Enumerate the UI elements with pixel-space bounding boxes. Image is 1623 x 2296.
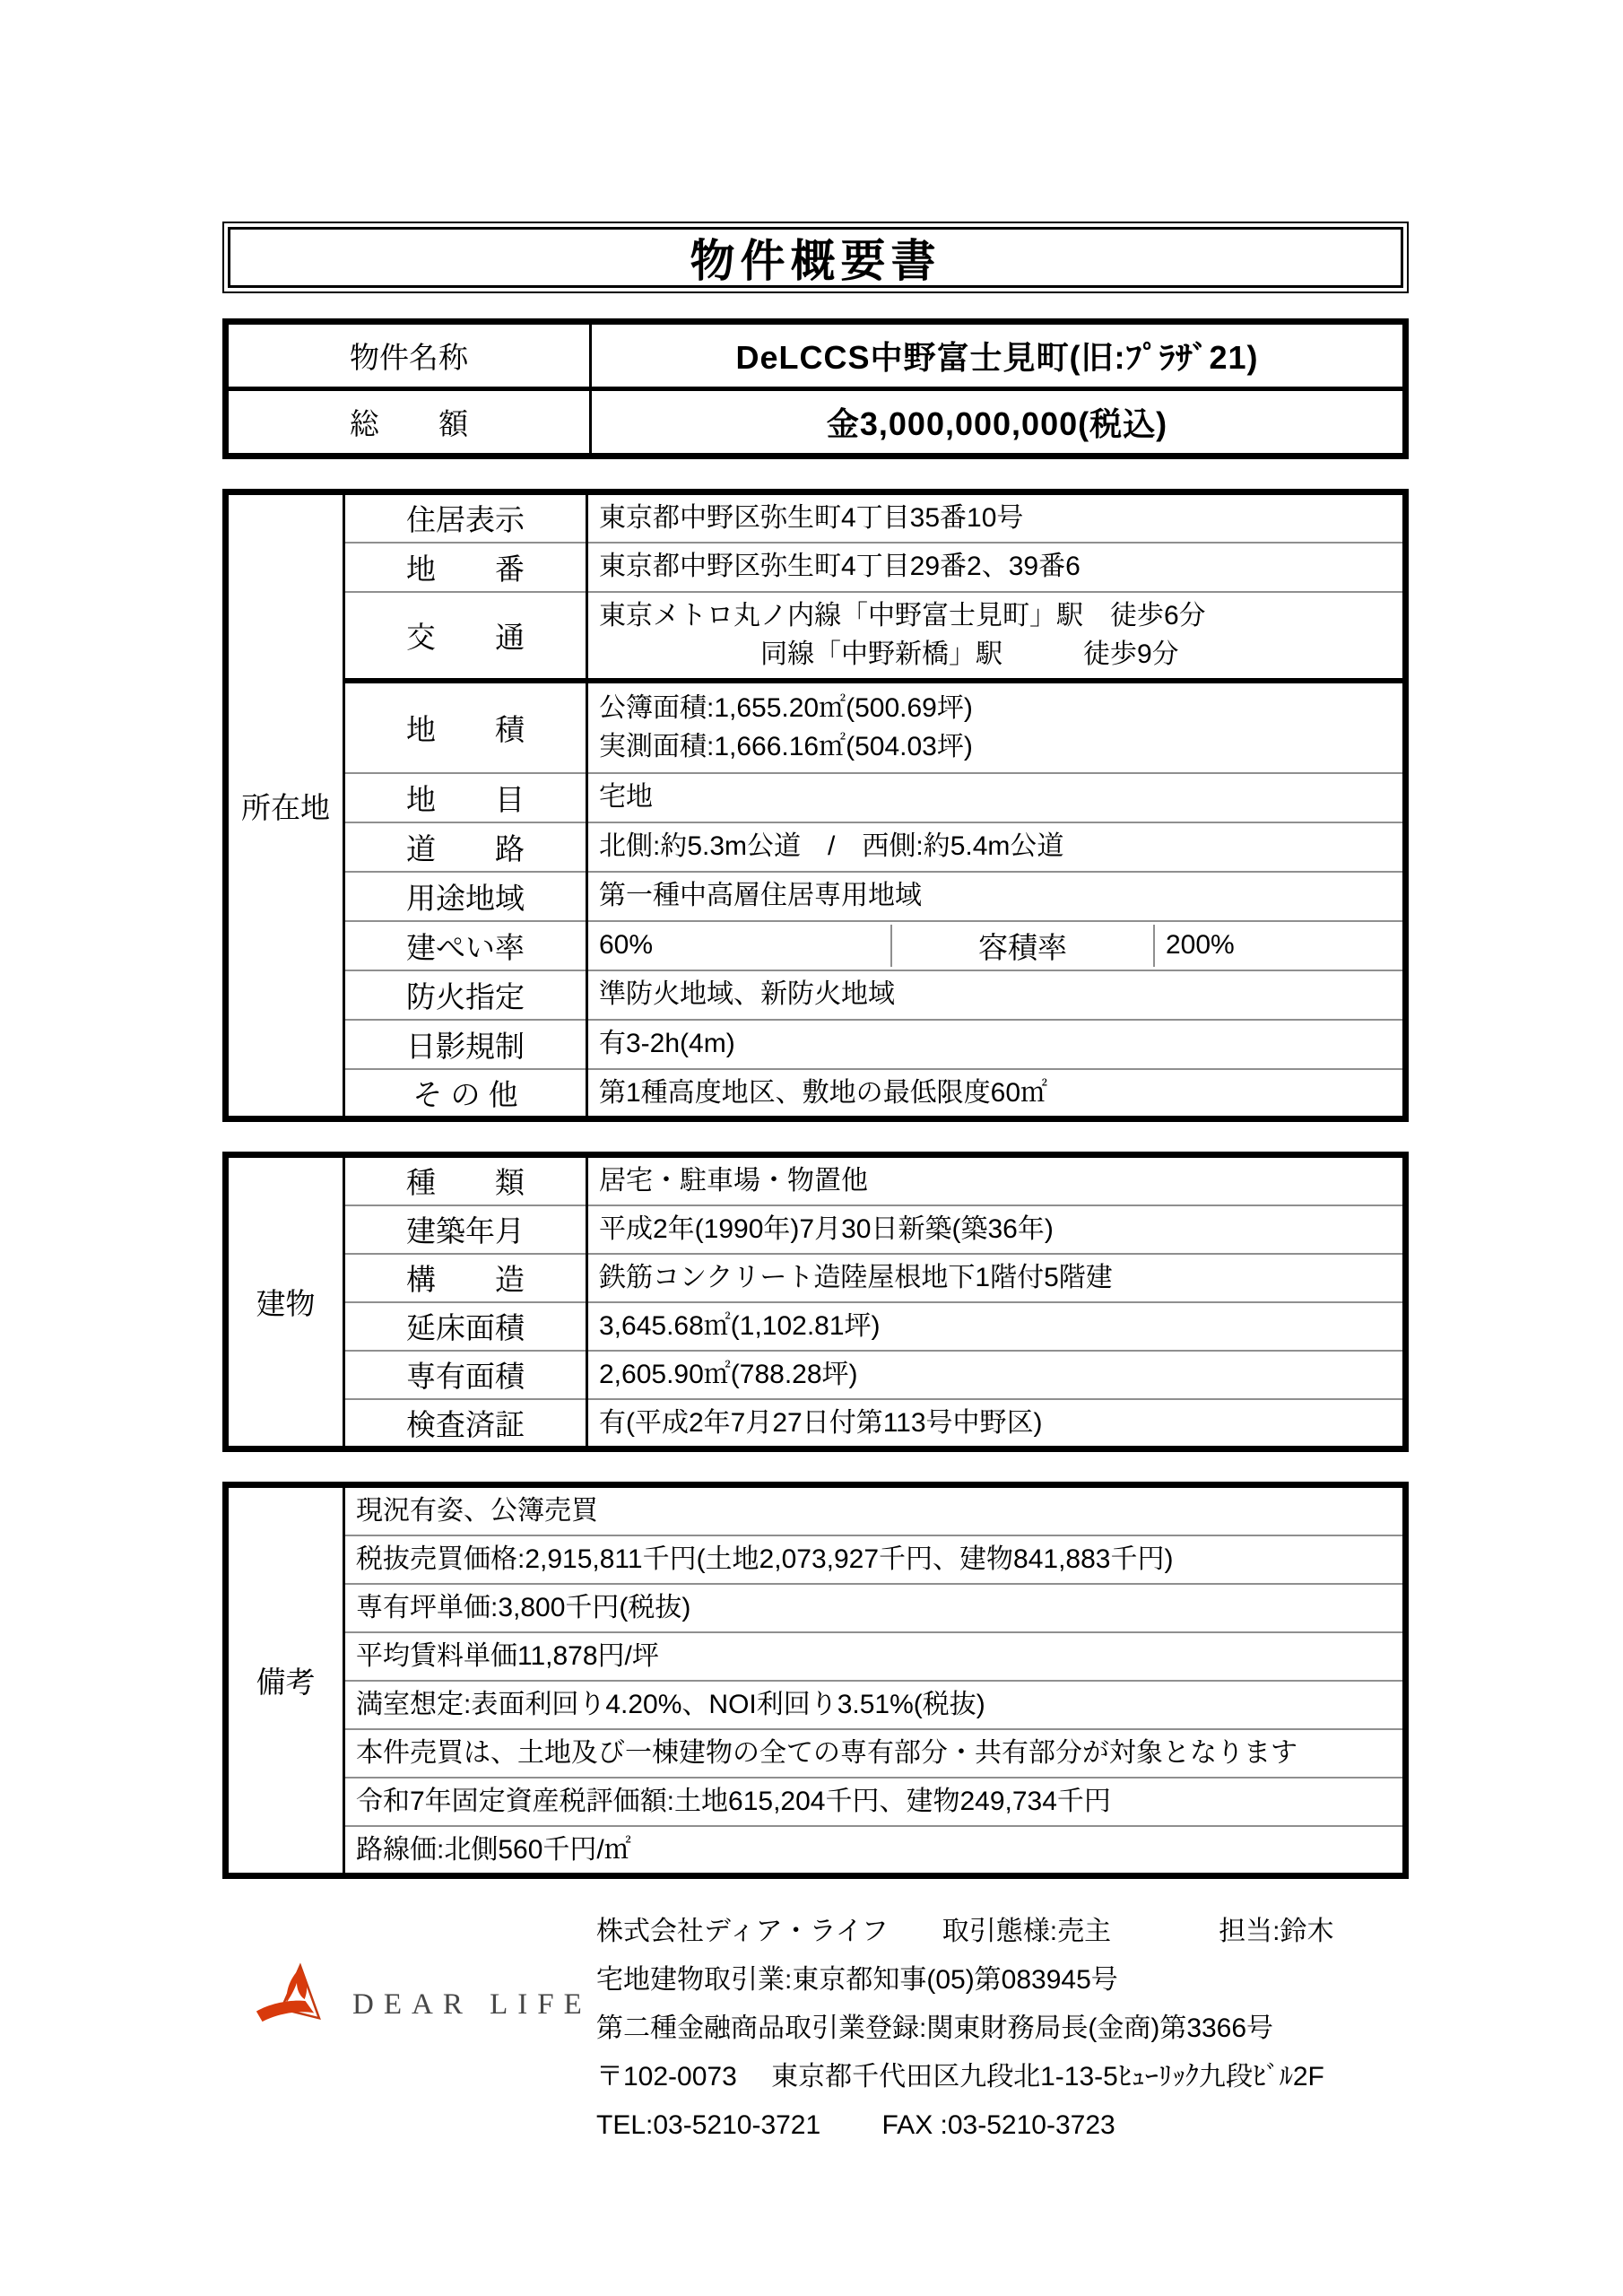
field-value: 北側:約5.3m公道 / 西側:約5.4m公道 — [587, 822, 1406, 872]
title-box: 物件概要書 — [222, 222, 1409, 293]
field-label: 交 通 — [344, 592, 587, 681]
remarks-item: 令和7年固定資産税評価額:土地615,204千円、建物249,734千円 — [344, 1778, 1406, 1826]
property-overview-document: 物件概要書 物件名称 DeLCCS中野富士見町(旧:ﾌﾟﾗｻﾞ21) 総 額 金… — [222, 222, 1409, 2173]
table-row: 本件売買は、土地及び一棟建物の全ての専有部分・共有部分が対象となります — [226, 1729, 1406, 1778]
field-label: 建ぺい率 — [344, 921, 587, 970]
total-price-value: 金3,000,000,000(税込) — [591, 389, 1406, 457]
table-row: 日影規制 有3-2h(4m) — [226, 1020, 1406, 1069]
section-label-building: 建物 — [226, 1155, 344, 1449]
field-label: 日影規制 — [344, 1020, 587, 1069]
table-row: 構 造 鉄筋コンクリート造陸屋根地下1階付5階建 — [226, 1254, 1406, 1302]
field-value: 有(平成2年7月27日付第113号中野区) — [587, 1399, 1406, 1449]
table-row: 専有坪単価:3,800千円(税抜) — [226, 1584, 1406, 1632]
remarks-item: 路線価:北側560千円/㎡ — [344, 1826, 1406, 1876]
table-row: 総 額 金3,000,000,000(税込) — [226, 389, 1406, 457]
floor-area-ratio-value: 200% — [1155, 925, 1402, 967]
table-row: 物件名称 DeLCCS中野富士見町(旧:ﾌﾟﾗｻﾞ21) — [226, 322, 1406, 389]
company-logo: DEAR LIFE — [254, 1960, 592, 2050]
table-row: 平均賃料単価11,878円/坪 — [226, 1632, 1406, 1681]
table-row: 地 積 公簿面積:1,655.20㎡(500.69坪) 実測面積:1,666.1… — [226, 681, 1406, 773]
table-row: 地 目 宅地 — [226, 773, 1406, 822]
field-value: 平成2年(1990年)7月30日新築(築36年) — [587, 1205, 1406, 1254]
company-logo-text: DEAR LIFE — [352, 1988, 592, 2022]
total-price-label: 総 額 — [226, 389, 591, 457]
field-value: 東京都中野区弥生町4丁目35番10号 — [587, 492, 1406, 543]
field-value: 第1種高度地区、敷地の最低限度60㎡ — [587, 1069, 1406, 1119]
remarks-item: 満室想定:表面利回り4.20%、NOI利回り3.51%(税抜) — [344, 1681, 1406, 1729]
footer-phone-line: TEL:03-5210-3721 FAX :03-5210-3723 — [596, 2098, 1409, 2146]
field-label: 防火指定 — [344, 970, 587, 1020]
field-value: 第一種中高層住居専用地域 — [587, 872, 1406, 921]
table-row: 路線価:北側560千円/㎡ — [226, 1826, 1406, 1876]
field-label: 用途地域 — [344, 872, 587, 921]
field-value: 宅地 — [587, 773, 1406, 822]
section-label-location: 所在地 — [226, 492, 344, 1119]
footer: DEAR LIFE 株式会社ディア・ライフ 取引態様:売主 担当:鈴木 宅地建物… — [222, 1904, 1409, 2173]
field-label: 住居表示 — [344, 492, 587, 543]
field-label: 建築年月 — [344, 1205, 587, 1254]
property-name-label: 物件名称 — [226, 322, 591, 389]
remarks-item: 現況有姿、公簿売買 — [344, 1485, 1406, 1535]
field-label: 地 番 — [344, 543, 587, 592]
field-value: 有3-2h(4m) — [587, 1020, 1406, 1069]
remarks-item: 平均賃料単価11,878円/坪 — [344, 1632, 1406, 1681]
section-label-remarks: 備考 — [226, 1485, 344, 1876]
table-row: 用途地域 第一種中高層住居専用地域 — [226, 872, 1406, 921]
dear-life-logo-icon — [254, 1960, 340, 2050]
field-label: 地 目 — [344, 773, 587, 822]
coverage-ratio-cells: 60% 容積率 200% — [587, 921, 1406, 970]
field-value: 東京都中野区弥生町4丁目29番2、39番6 — [587, 543, 1406, 592]
footer-registration-line: 第二種金融商品取引業登録:関東財務局長(金商)第3366号 — [596, 2001, 1409, 2049]
field-value: 準防火地域、新防火地域 — [587, 970, 1406, 1020]
property-name-value: DeLCCS中野富士見町(旧:ﾌﾟﾗｻﾞ21) — [591, 322, 1406, 389]
table-row: 税抜売買価格:2,915,811千円(土地2,073,927千円、建物841,8… — [226, 1535, 1406, 1584]
field-value: 公簿面積:1,655.20㎡(500.69坪) 実測面積:1,666.16㎡(5… — [587, 681, 1406, 773]
table-row: 防火指定 準防火地域、新防火地域 — [226, 970, 1406, 1020]
table-row: 検査済証 有(平成2年7月27日付第113号中野区) — [226, 1399, 1406, 1449]
field-label: 種 類 — [344, 1155, 587, 1205]
footer-license-line: 宅地建物取引業:東京都知事(05)第083945号 — [596, 1952, 1409, 2001]
field-value: 東京メトロ丸ノ内線「中野富士見町」駅 徒歩6分 同線「中野新橋」駅 徒歩9分 — [587, 592, 1406, 681]
table-row: 延床面積 3,645.68㎡(1,102.81坪) — [226, 1302, 1406, 1351]
table-row: 令和7年固定資産税評価額:土地615,204千円、建物249,734千円 — [226, 1778, 1406, 1826]
floor-area-ratio-label: 容積率 — [890, 925, 1155, 967]
remarks-item: 専有坪単価:3,800千円(税抜) — [344, 1584, 1406, 1632]
field-label: 延床面積 — [344, 1302, 587, 1351]
field-label: 構 造 — [344, 1254, 587, 1302]
table-row: 備考 現況有姿、公簿売買 — [226, 1485, 1406, 1535]
table-row: 地 番 東京都中野区弥生町4丁目29番2、39番6 — [226, 543, 1406, 592]
footer-company-line: 株式会社ディア・ライフ 取引態様:売主 担当:鈴木 — [596, 1904, 1409, 1952]
title-box-inner: 物件概要書 — [228, 227, 1403, 288]
footer-address-line: 〒102-0073 東京都千代田区九段北1-13-5ﾋｭｰﾘｯｸ九段ﾋﾞﾙ2F — [596, 2049, 1409, 2098]
remarks-item: 本件売買は、土地及び一棟建物の全ての専有部分・共有部分が対象となります — [344, 1729, 1406, 1778]
table-row: 専有面積 2,605.90㎡(788.28坪) — [226, 1351, 1406, 1399]
table-row: 満室想定:表面利回り4.20%、NOI利回り3.51%(税抜) — [226, 1681, 1406, 1729]
field-value: 居宅・駐車場・物置他 — [587, 1155, 1406, 1205]
summary-table: 物件名称 DeLCCS中野富士見町(旧:ﾌﾟﾗｻﾞ21) 総 額 金3,000,… — [222, 318, 1409, 459]
page-title: 物件概要書 — [690, 225, 942, 290]
field-label: 検査済証 — [344, 1399, 587, 1449]
field-label: そ の 他 — [344, 1069, 587, 1119]
table-row: 所在地 住居表示 東京都中野区弥生町4丁目35番10号 — [226, 492, 1406, 543]
field-label: 専有面積 — [344, 1351, 587, 1399]
table-row: 建築年月 平成2年(1990年)7月30日新築(築36年) — [226, 1205, 1406, 1254]
location-table: 所在地 住居表示 東京都中野区弥生町4丁目35番10号 地 番 東京都中野区弥生… — [222, 489, 1409, 1122]
field-label: 地 積 — [344, 681, 587, 773]
remarks-table: 備考 現況有姿、公簿売買 税抜売買価格:2,915,811千円(土地2,073,… — [222, 1482, 1409, 1879]
remarks-item: 税抜売買価格:2,915,811千円(土地2,073,927千円、建物841,8… — [344, 1535, 1406, 1584]
field-value: 3,645.68㎡(1,102.81坪) — [587, 1302, 1406, 1351]
table-row: 交 通 東京メトロ丸ノ内線「中野富士見町」駅 徒歩6分 同線「中野新橋」駅 徒歩… — [226, 592, 1406, 681]
table-row: 建物 種 類 居宅・駐車場・物置他 — [226, 1155, 1406, 1205]
coverage-ratio-value: 60% — [588, 925, 890, 967]
table-row: 建ぺい率 60% 容積率 200% — [226, 921, 1406, 970]
table-row: そ の 他 第1種高度地区、敷地の最低限度60㎡ — [226, 1069, 1406, 1119]
field-value: 2,605.90㎡(788.28坪) — [587, 1351, 1406, 1399]
footer-lines: 株式会社ディア・ライフ 取引態様:売主 担当:鈴木 宅地建物取引業:東京都知事(… — [596, 1904, 1409, 2146]
field-value: 鉄筋コンクリート造陸屋根地下1階付5階建 — [587, 1254, 1406, 1302]
table-row: 道 路 北側:約5.3m公道 / 西側:約5.4m公道 — [226, 822, 1406, 872]
building-table: 建物 種 類 居宅・駐車場・物置他 建築年月 平成2年(1990年)7月30日新… — [222, 1152, 1409, 1452]
field-label: 道 路 — [344, 822, 587, 872]
